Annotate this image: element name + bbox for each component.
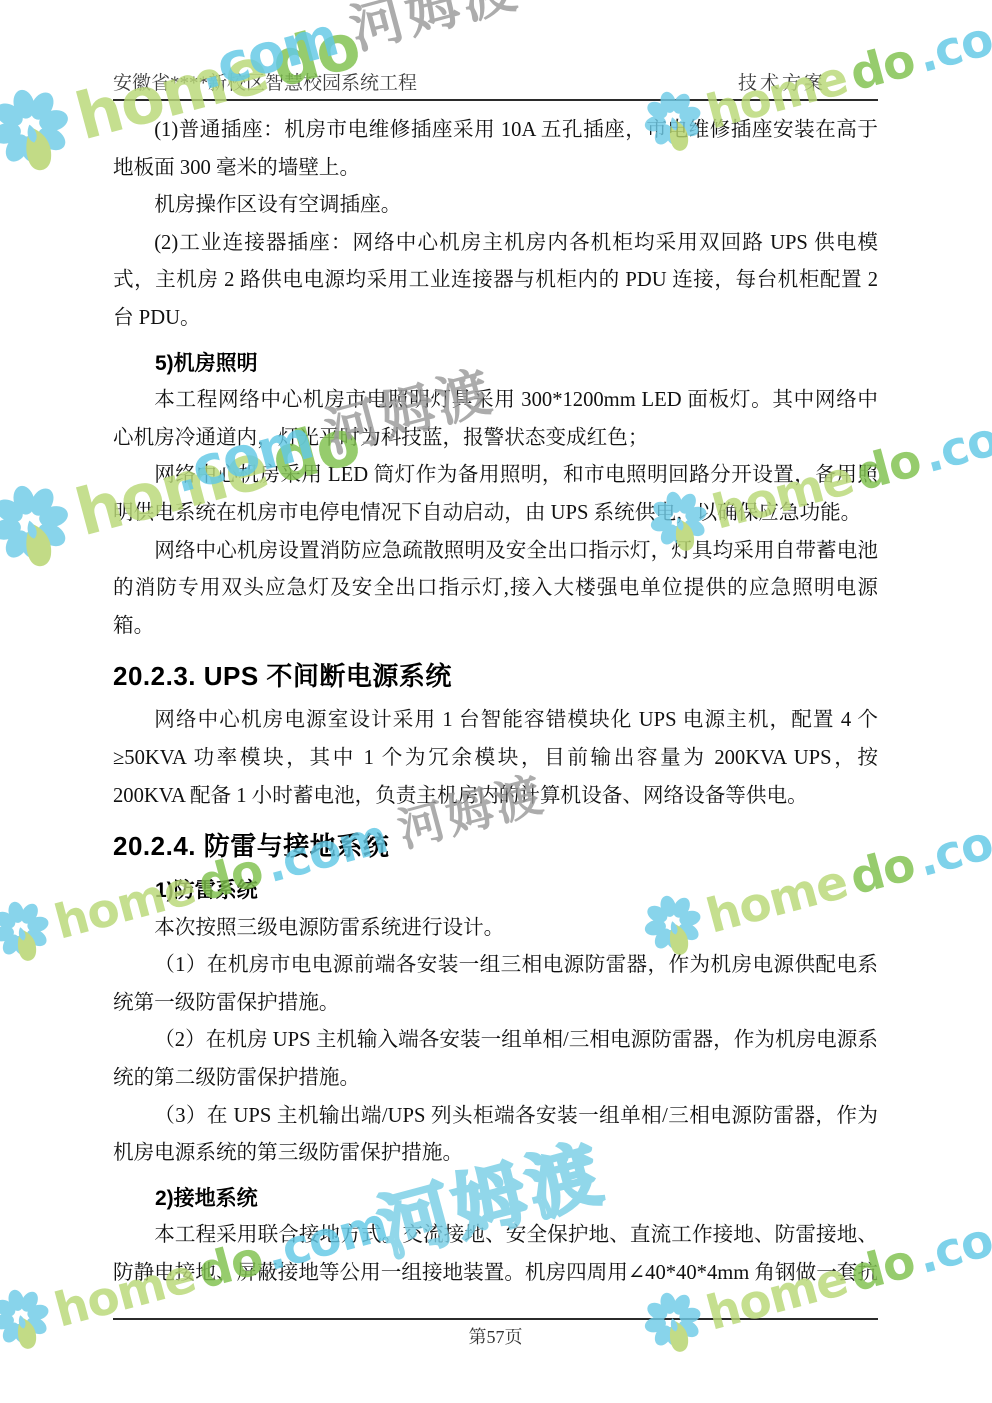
- sub-heading: 2)接地系统: [113, 1180, 878, 1218]
- paragraph: (1)普通插座：机房市电维修插座采用 10A 五孔插座，市电维修插座安装在高于地…: [113, 112, 878, 187]
- paragraph: （2）在机房 UPS 主机输入端各安装一组单相/三相电源防雷器，作为机房电源系统…: [113, 1022, 878, 1097]
- sub-heading: 1)防雷系统: [113, 872, 878, 910]
- homedo-flower-icon: [0, 78, 82, 187]
- paragraph: （1）在机房市电电源前端各安装一组三相电源防雷器，作为机房电源供配电系统第一级防…: [113, 947, 878, 1022]
- section-heading: 20.2.4. 防雷与接地系统: [113, 830, 878, 863]
- homedo-flower-icon: [0, 474, 82, 583]
- sub-heading: 5)机房照明: [113, 345, 878, 383]
- header-project-title: 安徽省****新校区智慧校园系统工程: [113, 68, 417, 95]
- watermark-tld: .com: [913, 807, 992, 884]
- paragraph: 网络中心机房采用 LED 筒灯作为备用照明，和市电照明回路分开设置，备用照明供电…: [113, 457, 878, 532]
- watermark-tld: .com: [913, 1204, 992, 1281]
- paragraph: 本工程网络中心机房市电照明灯具采用 300*1200mm LED 面板灯。其中网…: [113, 382, 878, 457]
- page-header: 安徽省****新校区智慧校园系统工程 技术方案: [113, 0, 878, 101]
- watermark-tld: .com: [919, 403, 992, 480]
- paragraph: (2)工业连接器插座：网络中心机房主机房内各机柜均采用双回路 UPS 供电模式，…: [113, 225, 878, 338]
- document-page: 安徽省****新校区智慧校园系统工程 技术方案 (1)普通插座：机房市电维修插座…: [0, 0, 992, 1403]
- paragraph: 机房操作区设有空调插座。: [113, 187, 878, 225]
- paragraph: 本次按照三级电源防雷系统进行设计。: [113, 910, 878, 948]
- document-body: (1)普通插座：机房市电维修插座采用 10A 五孔插座，市电维修插座安装在高于地…: [113, 112, 878, 1287]
- paragraph: （3）在 UPS 主机输出端/UPS 列头柜端各安装一组单相/三相电源防雷器，作…: [113, 1098, 878, 1173]
- paragraph: 网络中心机房设置消防应急疏散照明及安全出口指示灯，灯具均采用自带蓄电池的消防专用…: [113, 533, 878, 646]
- homedo-flower-icon: [0, 893, 59, 973]
- paragraph: 网络中心机房电源室设计采用 1 台智能容错模块化 UPS 电源主机，配置 4 个…: [113, 702, 878, 815]
- paragraph: 本工程采用联合接地方式。交流接地、安全保护地、直流工作接地、防雷接地、防静电接地…: [113, 1217, 878, 1287]
- page-footer: 第57页: [113, 1318, 878, 1349]
- page-number: 第57页: [469, 1327, 523, 1347]
- header-doc-type: 技术方案: [738, 68, 878, 95]
- homedo-flower-icon: [0, 1281, 59, 1361]
- watermark-tld: .com: [913, 3, 992, 80]
- section-heading: 20.2.3. UPS 不间断电源系统: [113, 660, 878, 693]
